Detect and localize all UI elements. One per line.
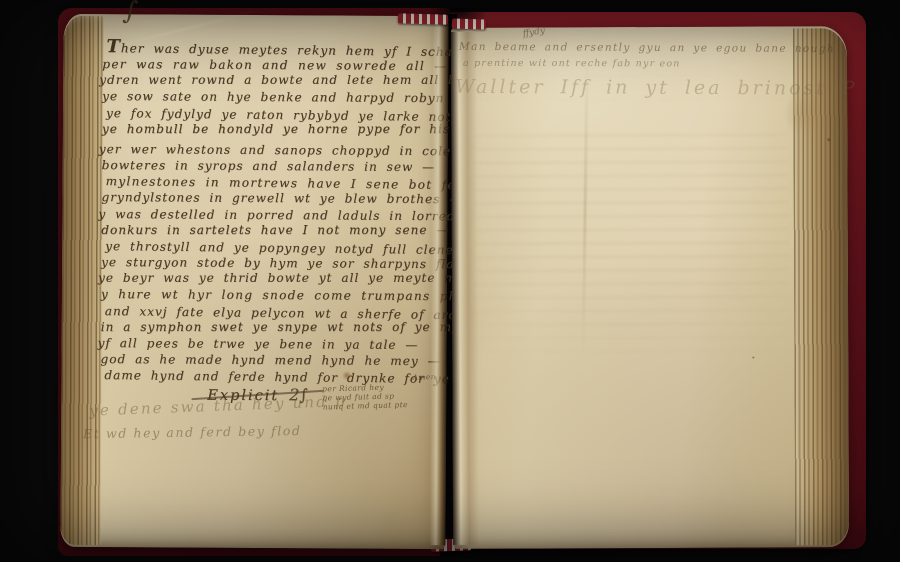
manuscript-line: god as he made hynd mend hynd he mey — <box>100 351 441 369</box>
left-page-gutter-ridge <box>429 20 448 545</box>
faded-inscription: a prentine wit ont reche fab nyr eon <box>463 58 681 70</box>
speck <box>827 138 830 141</box>
ascender-flourish: ∫ <box>122 0 140 27</box>
manuscript-line: donkurs in sartelets have I not mony sen… <box>101 222 442 238</box>
manuscript-line: ye sow sate on hye benke and harpyd roby… <box>102 89 443 107</box>
right-page: ffydy Man beame and ersently gyu an ye e… <box>451 26 849 549</box>
faded-inscription: Man beame and ersently gyu an ye egou ba… <box>459 41 835 55</box>
left-page: ∫ Ther was dyuse meytes rekyn hem yf I s… <box>60 14 448 549</box>
manuscript-line: ye hombull be hondyld ye horne pype for … <box>102 121 443 137</box>
left-page-text: Ther was dyuse meytes rekyn hem yf I sch… <box>97 39 443 406</box>
manuscript-line: ye beyr was ye thrid bowte yt all ye mey… <box>98 270 442 286</box>
faded-inscription: ffydy <box>522 26 546 39</box>
endband-icon <box>452 18 486 29</box>
manuscript-line: in a symphon swet ye snype wt nots of ye… <box>101 319 442 335</box>
stain <box>341 372 352 380</box>
endband-icon <box>398 13 448 24</box>
pen-trial: Et wd hey and ferd bey flod <box>83 423 302 441</box>
speck <box>752 357 754 359</box>
manuscript-line: ydren went rownd a bowte and lete hem al… <box>99 72 443 88</box>
manuscript-line: y hure wt hyr long snode come trumpans p… <box>101 286 442 304</box>
ink-showthrough <box>473 122 790 358</box>
manuscript-photo: ∫ Ther was dyuse meytes rekyn hem yf I s… <box>0 0 900 562</box>
stain <box>786 86 820 140</box>
